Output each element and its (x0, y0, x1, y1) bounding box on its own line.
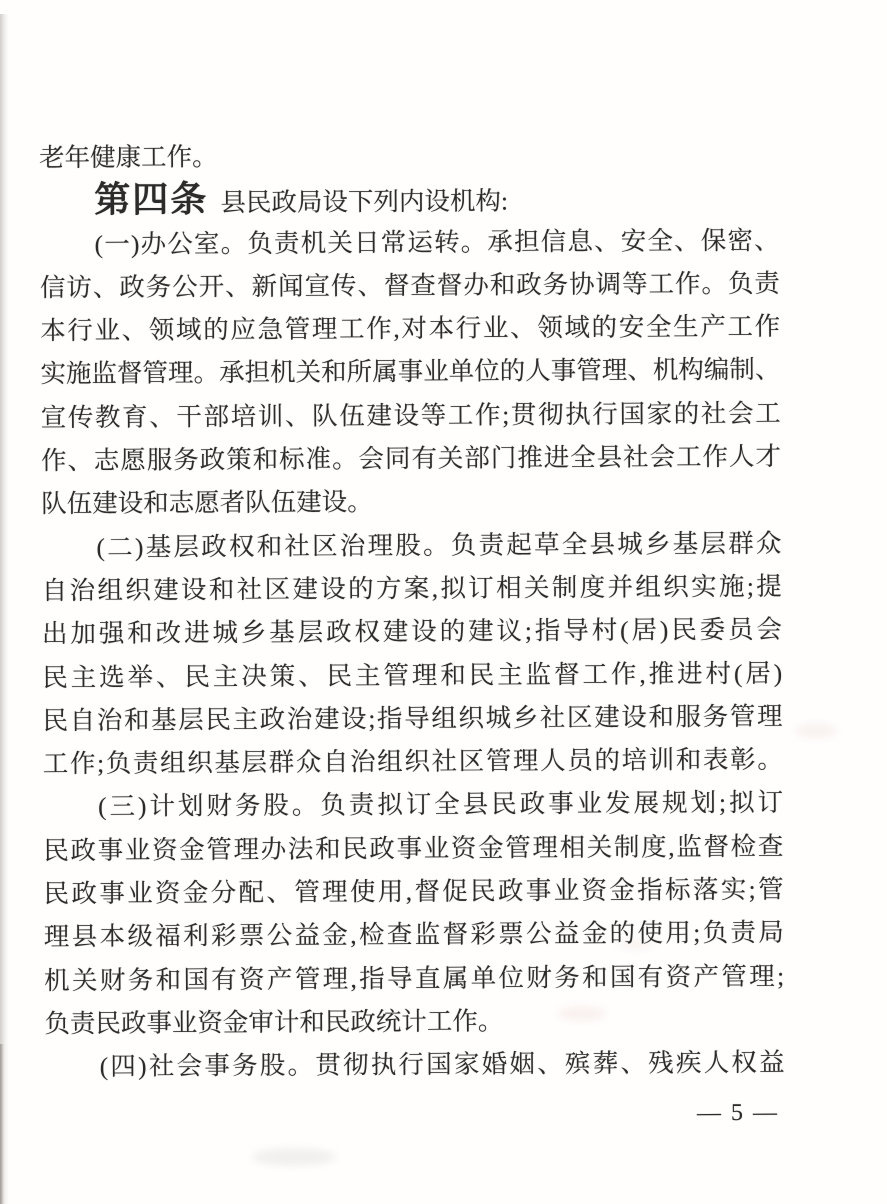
article-heading-text: 县民政局设下列内设机构: (220, 187, 508, 218)
doc-line: (二)基层政权和社区治理股。负责起草全县城乡基层群众 (41, 521, 781, 569)
doc-line: 理县本级福利彩票公益金,检查监督彩票公益金的使用;负责局 (44, 911, 784, 959)
article-heading: 第四条县民政局设下列内设机构: (39, 175, 779, 223)
scan-edge-bottom-left (0, 1044, 4, 1204)
doc-line: (一)办公室。负责机关日常运转。承担信息、安全、保密、 (39, 218, 779, 266)
page-number: — 5 — (45, 1097, 785, 1132)
doc-line: 作、志愿服务政策和标准。会同有关部门推进全县社会工作人才 (41, 435, 781, 483)
doc-line: 宣传教育、干部培训、队伍建设等工作;贯彻执行国家的社会工 (41, 392, 781, 440)
doc-line: 信访、政务公开、新闻宣传、督查督办和政务协调等工作。负责 (40, 262, 780, 310)
doc-line: (四)社会事务股。贯彻执行国家婚姻、殡葬、残疾人权益 (45, 1041, 785, 1089)
scan-smudge (252, 1148, 336, 1166)
doc-line: 出加强和改进城乡基层政权建设的建议;指导村(居)民委员会 (42, 608, 782, 656)
doc-line: 机关财务和国有资产管理,指导直属单位财务和国有资产管理; (44, 954, 784, 1002)
document-text-block: 老年健康工作。 第四条县民政局设下列内设机构: (一)办公室。负责机关日常运转。… (39, 132, 785, 1132)
doc-line: 民政事业资金管理办法和民政事业资金管理相关制度,监督检查 (43, 824, 783, 872)
doc-line: 老年健康工作。 (39, 132, 779, 180)
doc-line: 工作;负责组织基层群众自治组织社区管理人员的培训和表彰。 (43, 738, 783, 786)
doc-line: 民政事业资金分配、管理使用,督促民政事业资金指标落实;管 (43, 868, 783, 916)
doc-line: 民自治和基层民主政治建设;指导组织城乡社区建设和服务管理 (42, 695, 782, 743)
doc-line: 实施监督管理。承担机关和所属事业单位的人事管理、机构编制、 (40, 348, 780, 396)
doc-line: 自治组织建设和社区建设的方案,拟订相关制度并组织实施;提 (42, 565, 782, 613)
doc-line: (三)计划财务股。负责拟订全县民政事业发展规划;拟订 (43, 781, 783, 829)
scan-smudge (795, 724, 837, 738)
scan-edge-left (0, 14, 9, 1204)
article-heading-label: 第四条 (94, 180, 208, 221)
doc-line: 民主选举、民主决策、民主管理和民主监督工作,推进村(居) (42, 651, 782, 699)
scanned-page: 老年健康工作。 第四条县民政局设下列内设机构: (一)办公室。负责机关日常运转。… (0, 0, 887, 1204)
doc-line: 本行业、领域的应急管理工作,对本行业、领域的安全生产工作 (40, 305, 780, 353)
doc-line: 队伍建设和志愿者队伍建设。 (41, 478, 781, 526)
doc-line: 负责民政事业资金审计和民政统计工作。 (44, 998, 784, 1046)
